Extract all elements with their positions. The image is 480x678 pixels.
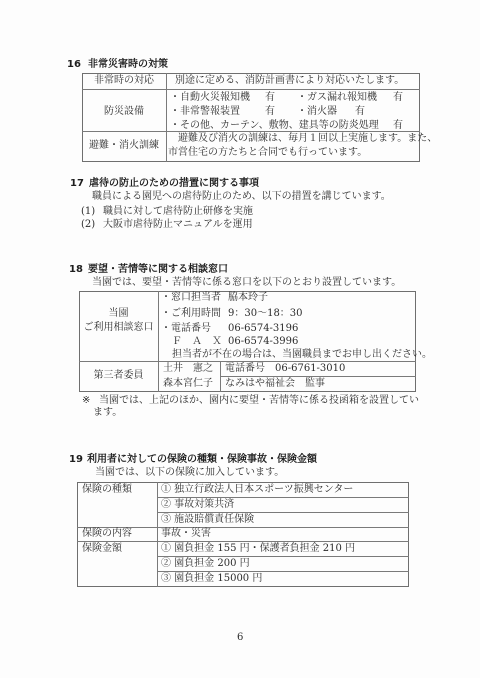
equipment-item-value: 有	[265, 92, 275, 104]
section-18-number: 18	[69, 264, 83, 276]
list-marker: (1)	[81, 206, 95, 218]
table-divider	[77, 541, 409, 542]
section-19-intro: 当園では、以下の保険に加入しています。	[95, 467, 284, 479]
contact-fax: 06-6574-3996	[228, 336, 298, 348]
table-divider	[157, 556, 409, 557]
third-party-name: 森本宮仁子	[163, 378, 213, 390]
third-party-info: なみはや福祉会 監事	[225, 378, 325, 390]
evacuation-drill-label: 避難・消火訓練	[82, 140, 166, 152]
contact-label: ・ご利用時間	[161, 308, 221, 320]
section-17-number: 17	[70, 178, 84, 190]
equipment-item-name: ・非常警報装置	[170, 106, 240, 118]
table-divider	[79, 361, 416, 362]
insurance-type: ① 独立行政法人日本スポーツ振興センター	[161, 484, 353, 496]
section-19-number: 19	[69, 454, 83, 466]
equipment-item-value: 有	[355, 106, 365, 118]
emergency-response-label: 非常時の対応	[82, 75, 166, 87]
insurance-amount: ① 園負担金 155 円・保護者負担金 210 円	[161, 543, 355, 555]
third-party-name: 土井 憲之	[163, 363, 213, 375]
section-16-number: 16	[67, 59, 81, 71]
equipment-item-name: ・ガス漏れ報知機	[297, 92, 377, 104]
list-item: 職員に対して虐待防止研修を実施	[103, 206, 253, 218]
emergency-response-text: 別途に定める、消防計画書により対応いたします。	[175, 75, 404, 87]
equipment-item-name: ・その他、カーテン、敷物、建具等の防炎処理	[170, 120, 379, 132]
table-divider	[158, 291, 159, 392]
section-18-title: 要望・苦情等に関する相談窓口	[88, 264, 228, 276]
equipment-item-name: ・自動火災報知機	[170, 92, 250, 104]
insurance-types-label: 保険の種類	[82, 484, 132, 496]
third-party-label: 第三者委員	[79, 370, 158, 382]
table-divider	[157, 497, 409, 498]
section-18-intro: 当園では、要望・苦情等に係る窓口を以下のとおり設置しています。	[92, 277, 401, 289]
contact-label: Ｆ Ａ Ｘ	[172, 336, 222, 348]
equipment-item-value: 有	[393, 92, 403, 104]
note-text: 当園では、上記のほか、園内に要望・苦情等に係る投函箱を設置してい	[99, 395, 419, 407]
equipment-item-name: ・消火器	[297, 106, 337, 118]
section-16-title: 非常災害時の対策	[88, 59, 168, 71]
section-17-intro: 職員による園児への虐待防止のため、以下の措置を講じています。	[92, 191, 391, 203]
contact-phone: 06-6574-3196	[228, 323, 298, 335]
section-17-title: 虐待の防止のための措置に関する事項	[89, 178, 259, 190]
list-item: 大阪市虐待防止マニュアルを運用	[103, 219, 253, 231]
insurance-amount: ② 園負担金 200 円	[161, 558, 250, 570]
third-party-info: 電話番号 06-6761-3010	[225, 363, 345, 375]
insurance-type: ③ 施設賠償責任保険	[161, 514, 254, 526]
insurance-type: ② 事故対策共済	[161, 499, 234, 511]
absence-note: 担当者が不在の場合は、当園職員までお申し出ください。	[172, 349, 432, 361]
insurance-amount-label: 保険金額	[82, 543, 122, 555]
section-19-title: 利用者に対しての保険の種類・保険事故・保険金額	[87, 454, 317, 466]
evacuation-drill-text: 避難及び消火の訓練は、毎月１回以上実施します。また、	[178, 133, 437, 145]
consultation-window-label: ご利用相談窓口	[79, 322, 158, 334]
contact-person: 脇本玲子	[228, 292, 268, 304]
equipment-item-value: 有	[393, 120, 403, 132]
document-page: 16 非常災害時の対策 非常時の対応 別途に定める、消防計画書により対応いたしま…	[0, 0, 480, 678]
evacuation-drill-text: 市営住宅の方たちと合同でも行っています。	[168, 147, 367, 159]
insurance-content: 事故・災害	[161, 528, 211, 540]
note-mark: ※	[82, 395, 90, 407]
table-divider	[166, 73, 167, 162]
contact-label: ・電話番号	[161, 323, 211, 335]
insurance-content-label: 保険の内容	[82, 528, 132, 540]
table-divider	[157, 512, 409, 513]
list-marker: (2)	[81, 219, 95, 231]
table-divider	[82, 89, 420, 90]
note-text: ます。	[93, 407, 122, 419]
page-number: 6	[237, 632, 243, 644]
equipment-item-value: 有	[265, 106, 275, 118]
disaster-equipment-label: 防災設備	[82, 106, 166, 118]
insurance-amount: ③ 園負担金 15000 円	[161, 573, 262, 585]
contact-label: ・窓口担当者	[161, 292, 221, 304]
table-divider	[157, 571, 409, 572]
consultation-window-label: 当園	[79, 308, 158, 320]
table-divider	[220, 376, 416, 377]
contact-hours: 9：30～18：30	[228, 308, 303, 320]
